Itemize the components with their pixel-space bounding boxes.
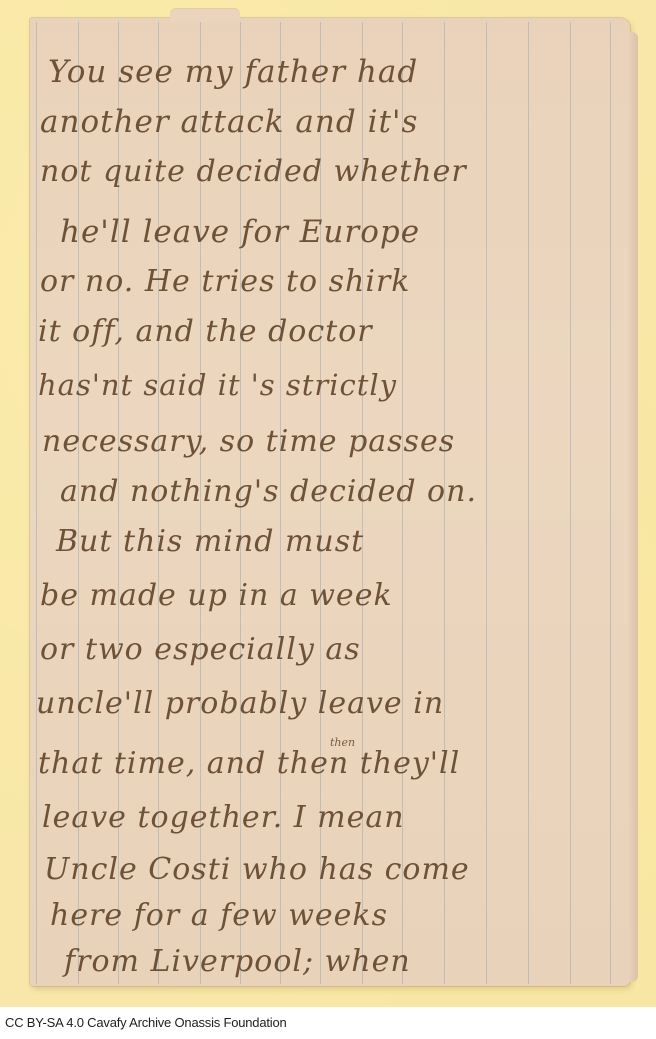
handwritten-line: and nothing's decided on. bbox=[60, 474, 477, 509]
handwritten-line: it off, and the doctor bbox=[38, 314, 373, 349]
letter-page: You see my father had another attack and… bbox=[30, 18, 630, 986]
paper-edge bbox=[628, 32, 638, 982]
interlinear-insertion: then bbox=[330, 736, 355, 749]
handwritten-line: from Liverpool; when bbox=[64, 944, 411, 979]
handwritten-line: be made up in a week bbox=[40, 578, 393, 613]
ruled-line bbox=[486, 22, 487, 984]
ruled-line bbox=[36, 22, 37, 984]
handwritten-line: uncle'll probably leave in bbox=[36, 686, 444, 721]
handwritten-line: leave together. I mean bbox=[42, 800, 405, 835]
handwritten-line: not quite decided whether bbox=[40, 154, 467, 189]
handwritten-line: You see my father had bbox=[48, 54, 418, 90]
handwritten-line: necessary, so time passes bbox=[42, 424, 455, 459]
ruled-line bbox=[610, 22, 611, 984]
handwritten-line: another attack and it's bbox=[40, 104, 418, 140]
credit-caption-bar: CC BY-SA 4.0 Cavafy Archive Onassis Foun… bbox=[0, 1007, 656, 1039]
handwritten-line: here for a few weeks bbox=[50, 898, 388, 933]
ruled-line bbox=[528, 22, 529, 984]
handwritten-line: or no. He tries to shirk bbox=[40, 264, 410, 299]
handwritten-line: he'll leave for Europe bbox=[60, 214, 420, 250]
handwritten-line: has'nt said it 's strictly bbox=[38, 368, 397, 402]
handwritten-line: But this mind must bbox=[56, 524, 364, 559]
handwritten-line: or two especially as bbox=[40, 632, 361, 667]
handwritten-line: Uncle Costi who has come bbox=[44, 852, 470, 887]
license-credit: CC BY-SA 4.0 Cavafy Archive Onassis Foun… bbox=[5, 1015, 287, 1030]
handwritten-line: that time, and then they'll bbox=[38, 746, 460, 781]
ruled-line bbox=[570, 22, 571, 984]
torn-paper-tab bbox=[170, 9, 240, 23]
